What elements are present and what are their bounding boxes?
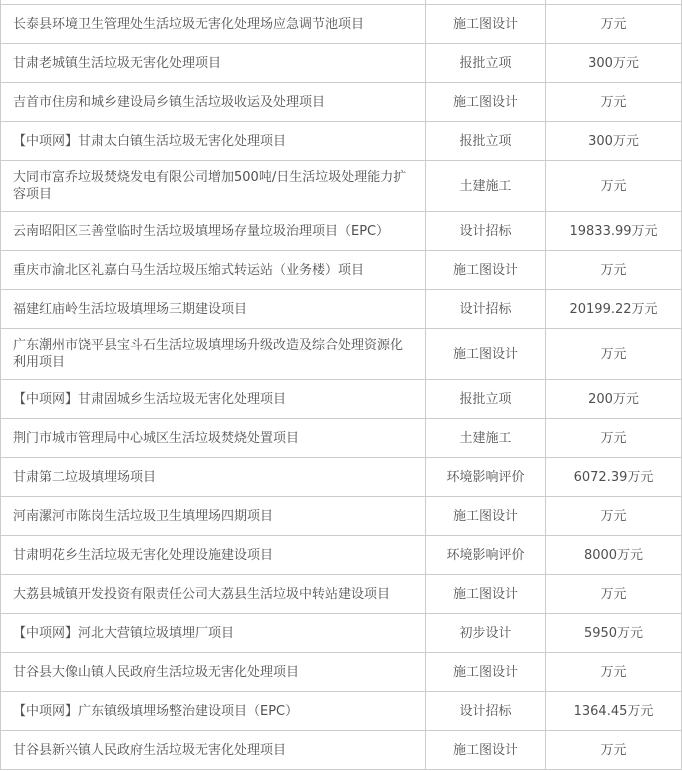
project-name[interactable]: 甘肃老城镇生活垃圾无害化处理项目 (13, 55, 221, 72)
project-amount: 万元 (600, 262, 626, 279)
project-stage: 设计招标 (459, 301, 511, 318)
project-amount-cell: 1364.45万元 (546, 692, 681, 730)
project-stage-cell: 初步设计 (426, 614, 546, 652)
project-amount: 200万元 (588, 391, 639, 408)
project-name[interactable]: 大同市富乔垃圾焚烧发电有限公司增加500吨/日生活垃圾处理能力扩容项目 (13, 169, 415, 203)
partial-stage-cell (426, 0, 546, 4)
project-name-cell[interactable]: 【中项网】河北大营镇垃圾填埋厂项目 (1, 614, 426, 652)
project-stage: 环境影响评价 (446, 547, 524, 564)
project-amount: 5950万元 (584, 625, 643, 642)
project-amount: 万元 (600, 586, 626, 603)
project-amount: 8000万元 (584, 547, 643, 564)
project-amount-cell: 万元 (546, 653, 681, 691)
project-stage-cell: 施工图设计 (426, 575, 546, 613)
project-stage-cell: 施工图设计 (426, 83, 546, 121)
project-stage: 土建施工 (459, 178, 511, 195)
project-name[interactable]: 大荔县城镇开发投资有限责任公司大荔县生活垃圾中转站建设项目 (13, 586, 390, 603)
project-name-cell[interactable]: 甘谷县新兴镇人民政府生活垃圾无害化处理项目 (1, 731, 426, 769)
project-stage: 环境影响评价 (446, 469, 524, 486)
project-name-cell[interactable]: 【中项网】甘肃固城乡生活垃圾无害化处理项目 (1, 380, 426, 418)
project-amount-cell: 19833.99万元 (546, 212, 681, 250)
project-name[interactable]: 【中项网】河北大营镇垃圾填埋厂项目 (13, 625, 234, 642)
project-amount: 万元 (600, 430, 626, 447)
project-stage: 施工图设计 (453, 346, 518, 363)
project-name-cell[interactable]: 甘肃老城镇生活垃圾无害化处理项目 (1, 44, 426, 82)
table-row[interactable]: 吉首市住房和城乡建设局乡镇生活垃圾收运及处理项目 施工图设计 万元 (1, 83, 681, 122)
project-stage: 设计招标 (459, 703, 511, 720)
table-row[interactable]: 福建红庙岭生活垃圾填埋场三期建设项目 设计招标 20199.22万元 (1, 290, 681, 329)
project-amount-cell: 200万元 (546, 380, 681, 418)
project-stage-cell: 施工图设计 (426, 329, 546, 379)
project-stage-cell: 施工图设计 (426, 251, 546, 289)
project-name[interactable]: 甘谷县大像山镇人民政府生活垃圾无害化处理项目 (13, 664, 299, 681)
project-stage-cell: 土建施工 (426, 161, 546, 211)
project-name-cell[interactable]: 甘肃明花乡生活垃圾无害化处理设施建设项目 (1, 536, 426, 574)
table-row[interactable]: 甘肃第二垃圾填埋场项目 环境影响评价 6072.39万元 (1, 458, 681, 497)
projects-table: 长泰县环境卫生管理处生活垃圾无害化处理场应急调节池项目 施工图设计 万元 甘肃老… (0, 0, 682, 770)
project-stage-cell: 设计招标 (426, 212, 546, 250)
project-stage: 报批立项 (459, 133, 511, 150)
project-stage-cell: 土建施工 (426, 419, 546, 457)
project-name-cell[interactable]: 福建红庙岭生活垃圾填埋场三期建设项目 (1, 290, 426, 328)
project-amount: 300万元 (588, 55, 639, 72)
project-amount-cell: 万元 (546, 251, 681, 289)
project-amount-cell: 万元 (546, 419, 681, 457)
projects-table-screen: 长泰县环境卫生管理处生活垃圾无害化处理场应急调节池项目 施工图设计 万元 甘肃老… (0, 0, 682, 771)
project-name-cell[interactable]: 大同市富乔垃圾焚烧发电有限公司增加500吨/日生活垃圾处理能力扩容项目 (1, 161, 426, 211)
project-stage: 报批立项 (459, 391, 511, 408)
table-row[interactable]: 云南昭阳区三善堂临时生活垃圾填埋场存量垃圾治理项目（EPC） 设计招标 1983… (1, 212, 681, 251)
project-stage-cell: 环境影响评价 (426, 536, 546, 574)
project-stage: 报批立项 (459, 55, 511, 72)
project-amount-cell: 5950万元 (546, 614, 681, 652)
table-row[interactable]: 荆门市城市管理局中心城区生活垃圾焚烧处置项目 土建施工 万元 (1, 419, 681, 458)
table-row[interactable]: 甘肃老城镇生活垃圾无害化处理项目 报批立项 300万元 (1, 44, 681, 83)
project-name[interactable]: 【中项网】广东镇级填埋场整治建设项目（EPC） (13, 703, 298, 720)
project-amount: 20199.22万元 (569, 301, 657, 318)
project-name[interactable]: 甘肃第二垃圾填埋场项目 (13, 469, 156, 486)
project-name-cell[interactable]: 长泰县环境卫生管理处生活垃圾无害化处理场应急调节池项目 (1, 5, 426, 43)
project-name[interactable]: 河南漯河市陈岗生活垃圾卫生填埋场四期项目 (13, 508, 273, 525)
project-name[interactable]: 荆门市城市管理局中心城区生活垃圾焚烧处置项目 (13, 430, 299, 447)
project-stage-cell: 报批立项 (426, 380, 546, 418)
table-row[interactable]: 【中项网】甘肃固城乡生活垃圾无害化处理项目 报批立项 200万元 (1, 380, 681, 419)
project-amount-cell: 20199.22万元 (546, 290, 681, 328)
project-amount: 万元 (600, 94, 626, 111)
table-rows-container: 长泰县环境卫生管理处生活垃圾无害化处理场应急调节池项目 施工图设计 万元 甘肃老… (1, 5, 681, 770)
project-amount: 万元 (600, 178, 626, 195)
table-row[interactable]: 甘谷县大像山镇人民政府生活垃圾无害化处理项目 施工图设计 万元 (1, 653, 681, 692)
project-name-cell[interactable]: 吉首市住房和城乡建设局乡镇生活垃圾收运及处理项目 (1, 83, 426, 121)
project-amount: 万元 (600, 742, 626, 759)
project-name[interactable]: 甘肃明花乡生活垃圾无害化处理设施建设项目 (13, 547, 273, 564)
table-row[interactable]: 广东潮州市饶平县宝斗石生活垃圾填埋场升级改造及综合处理资源化利用项目 施工图设计… (1, 329, 681, 380)
project-name[interactable]: 【中项网】甘肃太白镇生活垃圾无害化处理项目 (13, 133, 286, 150)
project-stage: 施工图设计 (453, 94, 518, 111)
project-name-cell[interactable]: 大荔县城镇开发投资有限责任公司大荔县生活垃圾中转站建设项目 (1, 575, 426, 613)
project-name-cell[interactable]: 【中项网】甘肃太白镇生活垃圾无害化处理项目 (1, 122, 426, 160)
table-row[interactable]: 长泰县环境卫生管理处生活垃圾无害化处理场应急调节池项目 施工图设计 万元 (1, 5, 681, 44)
project-amount: 300万元 (588, 133, 639, 150)
project-name-cell[interactable]: 云南昭阳区三善堂临时生活垃圾填埋场存量垃圾治理项目（EPC） (1, 212, 426, 250)
project-amount: 万元 (600, 346, 626, 363)
project-stage-cell: 施工图设计 (426, 497, 546, 535)
project-name-cell[interactable]: 重庆市渝北区礼嘉白马生活垃圾压缩式转运站（业务楼）项目 (1, 251, 426, 289)
project-stage-cell: 报批立项 (426, 122, 546, 160)
project-stage: 施工图设计 (453, 16, 518, 33)
project-stage: 施工图设计 (453, 742, 518, 759)
project-stage-cell: 施工图设计 (426, 731, 546, 769)
table-row[interactable]: 甘肃明花乡生活垃圾无害化处理设施建设项目 环境影响评价 8000万元 (1, 536, 681, 575)
project-name[interactable]: 甘谷县新兴镇人民政府生活垃圾无害化处理项目 (13, 742, 286, 759)
table-row[interactable]: 大荔县城镇开发投资有限责任公司大荔县生活垃圾中转站建设项目 施工图设计 万元 (1, 575, 681, 614)
table-row[interactable]: 【中项网】河北大营镇垃圾填埋厂项目 初步设计 5950万元 (1, 614, 681, 653)
project-name[interactable]: 长泰县环境卫生管理处生活垃圾无害化处理场应急调节池项目 (13, 16, 364, 33)
project-stage-cell: 施工图设计 (426, 5, 546, 43)
project-amount-cell: 万元 (546, 575, 681, 613)
project-stage: 土建施工 (459, 430, 511, 447)
project-name[interactable]: 云南昭阳区三善堂临时生活垃圾填埋场存量垃圾治理项目（EPC） (13, 223, 389, 240)
project-amount-cell: 万元 (546, 329, 681, 379)
partial-amount-cell (546, 0, 681, 4)
project-stage-cell: 环境影响评价 (426, 458, 546, 496)
partial-project-cell (1, 0, 426, 4)
project-amount: 万元 (600, 16, 626, 33)
project-stage-cell: 施工图设计 (426, 653, 546, 691)
project-stage-cell: 报批立项 (426, 44, 546, 82)
project-amount-cell: 万元 (546, 5, 681, 43)
project-amount-cell: 万元 (546, 161, 681, 211)
project-stage-cell: 设计招标 (426, 290, 546, 328)
project-amount-cell: 300万元 (546, 44, 681, 82)
project-name-cell[interactable]: 【中项网】广东镇级填埋场整治建设项目（EPC） (1, 692, 426, 730)
project-stage: 施工图设计 (453, 664, 518, 681)
project-amount: 万元 (600, 508, 626, 525)
project-amount-cell: 万元 (546, 83, 681, 121)
project-stage: 设计招标 (459, 223, 511, 240)
project-name-cell[interactable]: 荆门市城市管理局中心城区生活垃圾焚烧处置项目 (1, 419, 426, 457)
table-row[interactable]: 甘谷县新兴镇人民政府生活垃圾无害化处理项目 施工图设计 万元 (1, 731, 681, 770)
project-name[interactable]: 重庆市渝北区礼嘉白马生活垃圾压缩式转运站（业务楼）项目 (13, 262, 364, 279)
project-name-cell[interactable]: 河南漯河市陈岗生活垃圾卫生填埋场四期项目 (1, 497, 426, 535)
table-row[interactable]: 大同市富乔垃圾焚烧发电有限公司增加500吨/日生活垃圾处理能力扩容项目 土建施工… (1, 161, 681, 212)
project-amount: 1364.45万元 (574, 703, 654, 720)
table-row[interactable]: 【中项网】甘肃太白镇生活垃圾无害化处理项目 报批立项 300万元 (1, 122, 681, 161)
project-name[interactable]: 广东潮州市饶平县宝斗石生活垃圾填埋场升级改造及综合处理资源化利用项目 (13, 337, 415, 371)
project-name-cell[interactable]: 甘谷县大像山镇人民政府生活垃圾无害化处理项目 (1, 653, 426, 691)
project-name[interactable]: 【中项网】甘肃固城乡生活垃圾无害化处理项目 (13, 391, 286, 408)
project-stage: 初步设计 (459, 625, 511, 642)
project-stage: 施工图设计 (453, 262, 518, 279)
project-name[interactable]: 吉首市住房和城乡建设局乡镇生活垃圾收运及处理项目 (13, 94, 325, 111)
table-row[interactable]: 河南漯河市陈岗生活垃圾卫生填埋场四期项目 施工图设计 万元 (1, 497, 681, 536)
project-name-cell[interactable]: 甘肃第二垃圾填埋场项目 (1, 458, 426, 496)
project-amount-cell: 6072.39万元 (546, 458, 681, 496)
project-name[interactable]: 福建红庙岭生活垃圾填埋场三期建设项目 (13, 301, 247, 318)
project-amount: 万元 (600, 664, 626, 681)
project-amount-cell: 万元 (546, 497, 681, 535)
project-amount-cell: 万元 (546, 731, 681, 769)
project-amount: 19833.99万元 (569, 223, 657, 240)
project-name-cell[interactable]: 广东潮州市饶平县宝斗石生活垃圾填埋场升级改造及综合处理资源化利用项目 (1, 329, 426, 379)
table-row[interactable]: 【中项网】广东镇级填埋场整治建设项目（EPC） 设计招标 1364.45万元 (1, 692, 681, 731)
project-stage-cell: 设计招标 (426, 692, 546, 730)
project-stage: 施工图设计 (453, 586, 518, 603)
project-amount-cell: 300万元 (546, 122, 681, 160)
project-amount-cell: 8000万元 (546, 536, 681, 574)
project-stage: 施工图设计 (453, 508, 518, 525)
project-amount: 6072.39万元 (574, 469, 654, 486)
table-row[interactable]: 重庆市渝北区礼嘉白马生活垃圾压缩式转运站（业务楼）项目 施工图设计 万元 (1, 251, 681, 290)
